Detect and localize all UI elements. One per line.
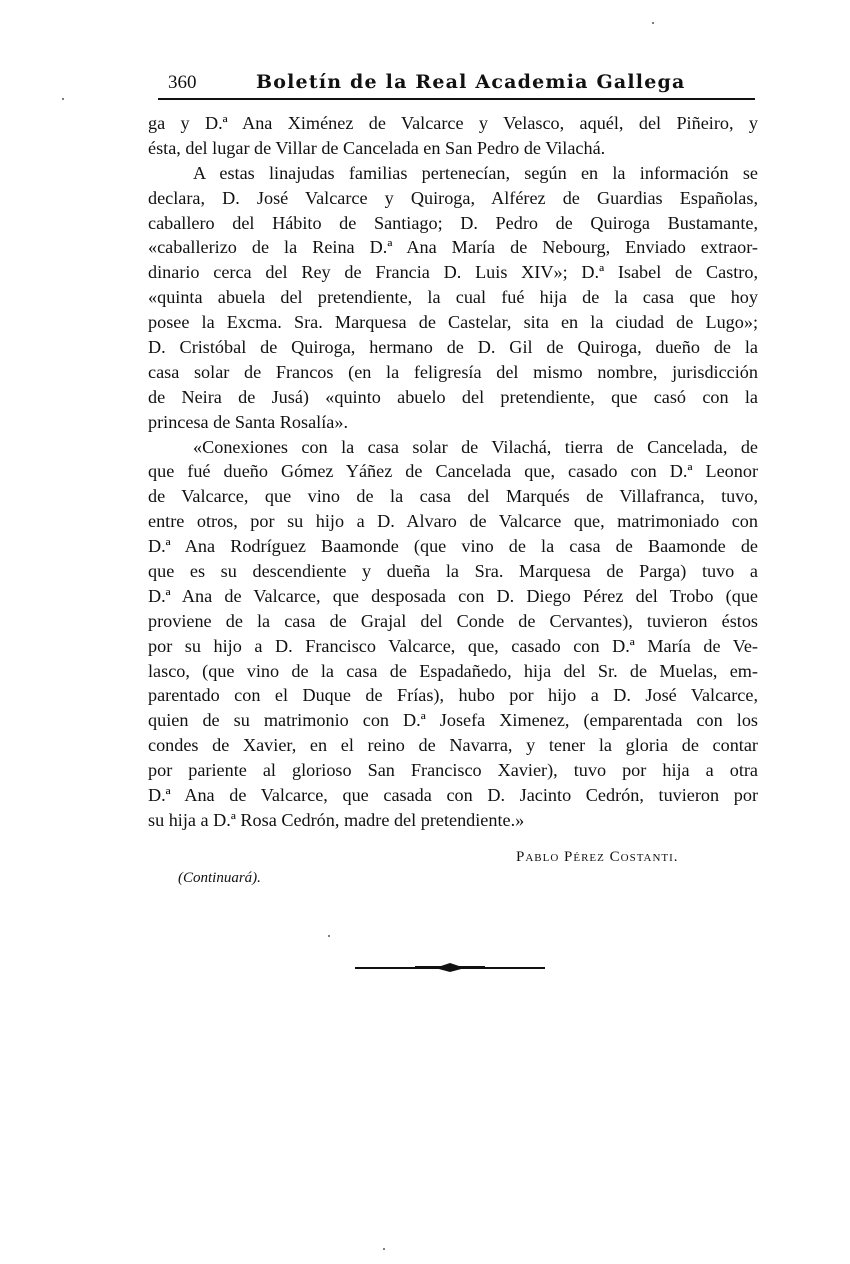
page-header: 360 Boletín de la Real Academia Gallega bbox=[158, 70, 755, 96]
running-title: Boletín de la Real Academia Gallega bbox=[256, 71, 686, 93]
text-line: princesa de Santa Rosalía». bbox=[148, 410, 758, 435]
text-line: «Conexiones con la casa solar de Vilachá… bbox=[148, 435, 758, 460]
text-line: D. Cristóbal de Quiroga, hermano de D. G… bbox=[148, 335, 758, 360]
ornamental-rule-icon bbox=[355, 960, 545, 976]
text-line: de Neira de Jusá) «quinto abuelo del pre… bbox=[148, 385, 758, 410]
author-signature: Pablo Pérez Costanti. bbox=[516, 849, 679, 866]
page-number: 360 bbox=[168, 72, 197, 94]
text-line: ésta, del lugar de Villar de Cancelada e… bbox=[148, 136, 758, 161]
text-line: de Valcarce, que vino de la casa del Mar… bbox=[148, 484, 758, 509]
text-line: caballero del Hábito de Santiago; D. Ped… bbox=[148, 211, 758, 236]
text-line: que es su descendiente y dueña la Sra. M… bbox=[148, 559, 758, 584]
text-line: entre otros, por su hijo a D. Alvaro de … bbox=[148, 509, 758, 534]
text-line: dinario cerca del Rey de Francia D. Luis… bbox=[148, 260, 758, 285]
text-line: posee la Excma. Sra. Marquesa de Castela… bbox=[148, 310, 758, 335]
text-line: su hija a D.ª Rosa Cedrón, madre del pre… bbox=[148, 808, 758, 833]
body-text: ga y D.ª Ana Ximénez de Valcarce y Velas… bbox=[148, 111, 758, 833]
text-line: lasco, (que vino de la casa de Espadañed… bbox=[148, 659, 758, 684]
text-line: por pariente al glorioso San Francisco X… bbox=[148, 758, 758, 783]
text-line: «quinta abuela del pretendiente, la cual… bbox=[148, 285, 758, 310]
speck bbox=[328, 935, 330, 937]
speck bbox=[62, 98, 64, 100]
document-page: 360 Boletín de la Real Academia Gallega … bbox=[0, 0, 850, 1264]
text-line: ga y D.ª Ana Ximénez de Valcarce y Velas… bbox=[148, 111, 758, 136]
text-line: condes de Xavier, en el reino de Navarra… bbox=[148, 733, 758, 758]
text-line: D.ª Ana de Valcarce, que desposada con D… bbox=[148, 584, 758, 609]
text-line: quien de su matrimonio con D.ª Josefa Xi… bbox=[148, 708, 758, 733]
text-line: casa solar de Francos (en la feligresía … bbox=[148, 360, 758, 385]
speck bbox=[652, 22, 654, 24]
text-line: A estas linajudas familias pertenecían, … bbox=[148, 161, 758, 186]
text-line: por su hijo a D. Francisco Valcarce, que… bbox=[148, 634, 758, 659]
speck bbox=[383, 1248, 385, 1250]
header-rule bbox=[158, 98, 755, 100]
text-line: D.ª Ana Rodríguez Baamonde (que vino de … bbox=[148, 534, 758, 559]
text-line: D.ª Ana de Valcarce, que casada con D. J… bbox=[148, 783, 758, 808]
text-line: «caballerizo de la Reina D.ª Ana María d… bbox=[148, 235, 758, 260]
continuation-note: (Continuará). bbox=[178, 870, 261, 887]
text-line: proviene de la casa de Grajal del Conde … bbox=[148, 609, 758, 634]
text-line: declara, D. José Valcarce y Quiroga, Alf… bbox=[148, 186, 758, 211]
text-line: parentado con el Duque de Frías), hubo p… bbox=[148, 683, 758, 708]
text-line: que fué dueño Gómez Yáñez de Cancelada q… bbox=[148, 459, 758, 484]
